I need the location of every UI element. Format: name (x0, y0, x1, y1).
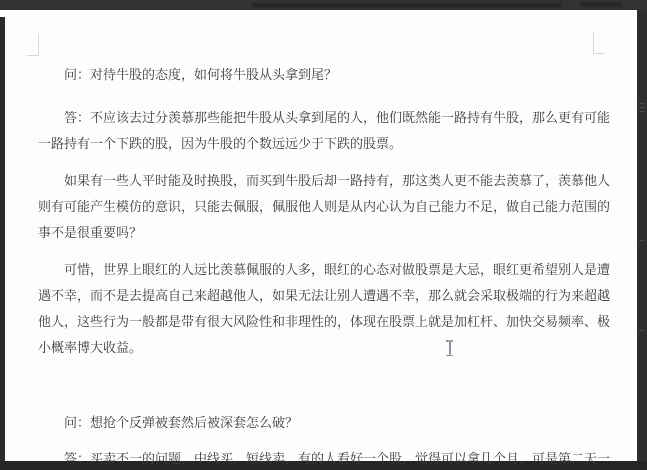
text-line: 他人，这些行为一般都是带有很大风险性和非理性的，体现在股票上就是加杠杆、加快交易… (38, 309, 595, 335)
page-corner-mark-top-right (593, 32, 605, 54)
body-paragraph: 可惜，世界上眼红的人远比羡慕佩服的人多，眼红的心态对做股票是大忌，眼红更希望别人… (38, 257, 595, 361)
text-line: 小概率博大收益。 (38, 335, 595, 361)
top-chrome-bar (0, 0, 647, 10)
document-text-area[interactable]: 问：对待牛股的态度，如何将牛股从头拿到尾？ 答：不应该去过分羡慕那些能把牛股从头… (38, 62, 595, 470)
app-window: 问：对待牛股的态度，如何将牛股从头拿到尾？ 答：不应该去过分羡慕那些能把牛股从头… (0, 0, 647, 470)
top-bar-artifact (580, 2, 622, 7)
text-line: 可惜，世界上眼红的人远比羡慕佩服的人多，眼红的心态对做股票是大忌，眼红更希望别人… (38, 257, 595, 283)
ibeam-cursor-icon (445, 340, 454, 356)
right-strip-tick (639, 103, 645, 104)
answer-paragraph: 答：不应该去过分羡慕那些能把牛股从头拿到尾的人，他们既然能一路持有牛股，那么更有… (38, 105, 595, 157)
document-page: 问：对待牛股的态度，如何将牛股从头拿到尾？ 答：不应该去过分羡慕那些能把牛股从头… (5, 10, 637, 461)
text-line: 事不是很重要吗？ (38, 220, 595, 246)
right-strip-tick (639, 111, 645, 112)
text-line: 遇不幸，而不是去提高自己来超越他人，如果无法让别人遭遇不幸，那么就会采取极端的行… (38, 283, 595, 309)
text-line: 答：买卖不一的问题，中线买，短线卖，有的人看好一个股，觉得可以拿几个月，可是第二… (38, 446, 595, 470)
body-paragraph: 如果有一些人平时能及时换股，而买到牛股后却一路持有，那这类人更不能去羡慕了，羡慕… (38, 168, 595, 246)
right-strip-tick (639, 107, 645, 108)
text-line: 则有可能产生模仿的意识，只能去佩服，佩服他人则是从内心认为自己能力不足，做自己能… (38, 194, 595, 220)
question-paragraph: 问：对待牛股的态度，如何将牛股从头拿到尾？ (38, 62, 595, 88)
text-line: 一路持有一个下跌的股，因为牛股的个数远远少于下跌的股票。 (38, 131, 595, 157)
text-line: 问：对待牛股的态度，如何将牛股从头拿到尾？ (38, 62, 595, 88)
right-strip-tick (639, 240, 645, 241)
text-line: 如果有一些人平时能及时换股，而买到牛股后却一路持有，那这类人更不能去羡慕了，羡慕… (38, 168, 595, 194)
answer-paragraph: 答：买卖不一的问题，中线买，短线卖，有的人看好一个股，觉得可以拿几个月，可是第二… (38, 446, 595, 470)
text-line: 答：不应该去过分羡慕那些能把牛股从头拿到尾的人，他们既然能一路持有牛股，那么更有… (38, 105, 595, 131)
right-strip-tick (639, 330, 645, 331)
question-paragraph: 问：想抢个反弹被套然后被深套怎么破？ (38, 410, 595, 436)
page-corner-mark-top-left (27, 34, 39, 56)
text-line: 问：想抢个反弹被套然后被深套怎么破？ (38, 410, 595, 436)
top-bar-artifact (252, 3, 562, 7)
right-chrome-strip (637, 10, 647, 461)
